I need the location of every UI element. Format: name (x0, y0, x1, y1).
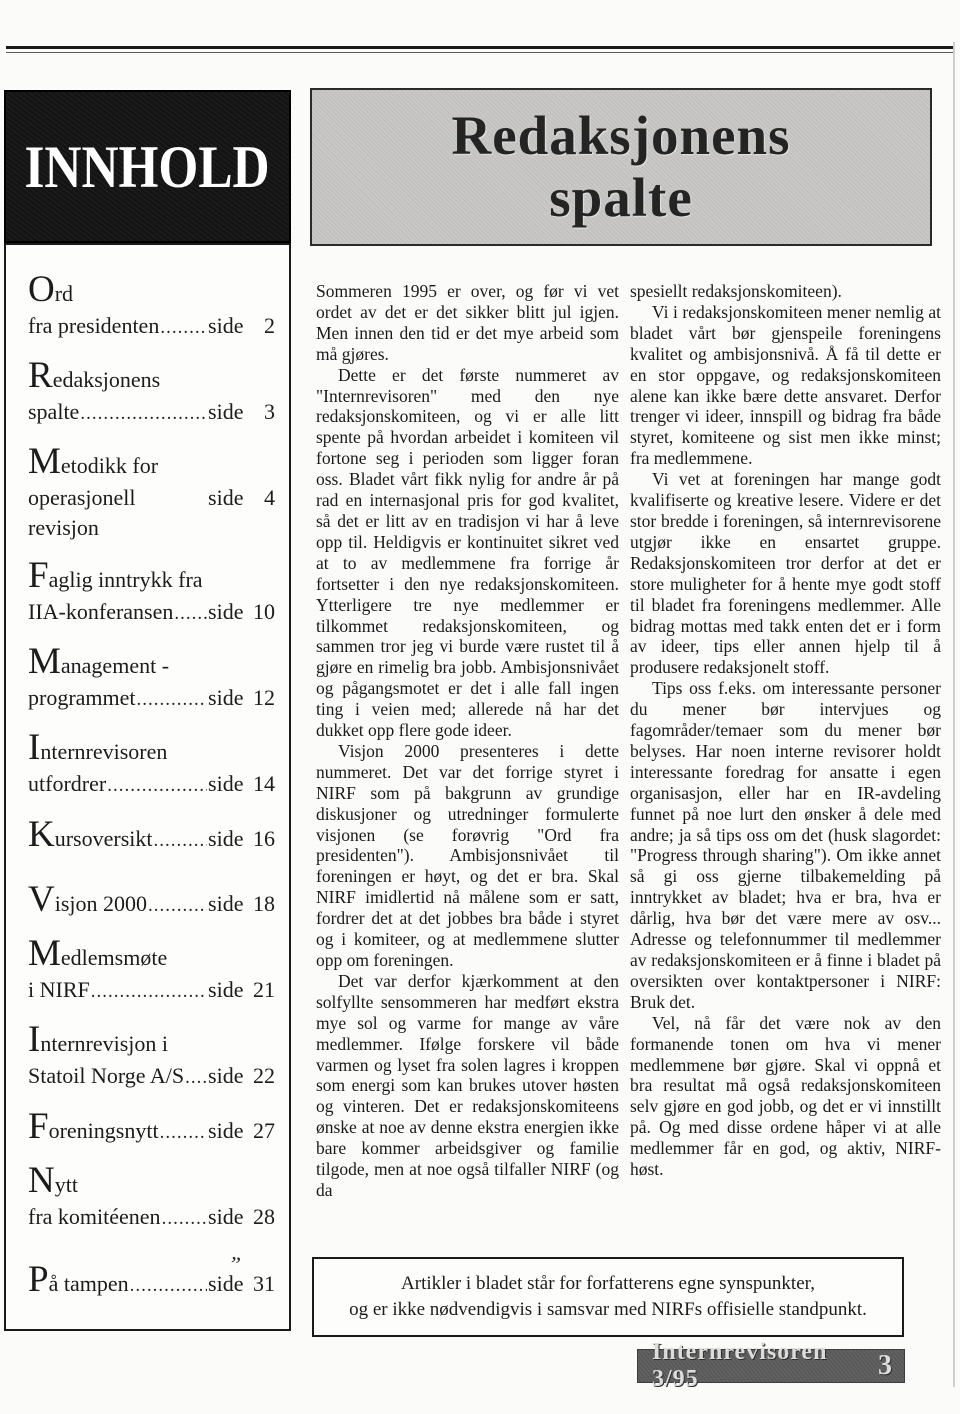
toc-side-label: side (208, 977, 249, 1002)
toc-entry-line1: Redaksjonens (28, 359, 275, 397)
toc-page-number: 21 (249, 975, 275, 1005)
toc-page-number: 14 (249, 769, 275, 799)
toc-page-number: 3 (249, 397, 275, 427)
toc-entry-text: edaksjonens (53, 367, 161, 392)
scan-edge-line (953, 42, 955, 1387)
toc-entry-initial: R (28, 355, 53, 396)
toc-entry: Metodikk foroperasjonell revisjon.......… (28, 445, 275, 543)
toc-entry-initial: V (28, 882, 55, 918)
toc-entry-initial: O (28, 269, 55, 310)
toc-entry-initial: M (28, 441, 61, 482)
toc-entry: Internrevisorenutfordrer................… (28, 731, 275, 801)
toc-page-ref: side 18 (208, 889, 275, 919)
toc-entry-text: utfordrer (28, 769, 106, 799)
toc-entry: Redaksjonensspalte .....................… (28, 359, 275, 429)
toc-entry-text: rd (55, 281, 73, 306)
toc-side-label: side (208, 891, 249, 916)
toc-entry-text: etodikk for (61, 453, 158, 478)
body-paragraph: Dette er det første nummeret av "Internr… (316, 365, 619, 741)
toc-dot-leader: ........................................… (162, 1204, 207, 1234)
toc-page-ref: side 28 (208, 1202, 275, 1232)
body-paragraph: Det var derfor kjærkomment at den solfyl… (316, 971, 619, 1201)
body-paragraph: Tips oss f.eks. om interessante personer… (630, 678, 941, 1013)
body-paragraph: Sommeren 1995 er over, og før vi vet ord… (316, 281, 619, 365)
toc-dot-leader: ........................................… (107, 771, 207, 801)
toc-side-label: side (208, 1063, 249, 1088)
disclaimer-line1: Artikler i bladet står for forfatterens … (401, 1271, 815, 1297)
toc-entry-initial: I (28, 727, 40, 768)
toc-page-number: 18 (249, 889, 275, 919)
issue-badge-page-number: 3 (878, 1350, 892, 1382)
toc-entry-line1: Internrevisoren (28, 731, 275, 769)
toc-page-ref: side 22 (208, 1061, 275, 1091)
toc-page-number: 4 (249, 483, 275, 513)
toc-dot-leader: ........................................… (160, 1118, 207, 1148)
toc-entry-row: programmet .............................… (28, 683, 275, 715)
toc-dot-leader: ........................................… (154, 826, 208, 856)
toc-entry-text: fra presidenten (28, 311, 159, 341)
toc-entry-initial: M (28, 641, 61, 682)
toc-side-label: side (208, 399, 249, 424)
toc-dot-leader: ........................................… (137, 685, 208, 715)
toc-entry: Nyttfra komitéenen......................… (28, 1164, 275, 1234)
issue-badge: Internrevisoren 3/95 3 (637, 1349, 905, 1383)
disclaimer-line2: og er ikke nødvendigvis i samsvar med NI… (349, 1297, 867, 1323)
toc-entry-row: Visjon 2000.............................… (28, 882, 275, 921)
toc-entry: Ordfra presidenten......................… (28, 273, 275, 343)
toc-entry-text: oreningsnytt (49, 1116, 159, 1146)
toc-entry-row: Foreningsnytt...........................… (28, 1109, 275, 1148)
toc-side-label: side (208, 771, 249, 796)
toc-entry-initial: M (28, 933, 61, 974)
toc-entry: Kursoversikt............................… (28, 817, 275, 856)
toc-page-ref: side 16 (208, 824, 275, 854)
toc-entry-line1: Metodikk for (28, 445, 275, 483)
toc-entry-line1: Faglig inntrykk fra (28, 559, 275, 597)
body-paragraph: Vi vet at foreningen har mange godt kval… (630, 469, 941, 678)
toc-entry-row: fra komitéenen..........................… (28, 1202, 275, 1234)
toc-entry: Faglig inntrykk fraIIA-konferansen......… (28, 559, 275, 629)
toc-page-ref: side 10 (208, 597, 275, 627)
toc-dot-leader: ........................................… (148, 891, 207, 921)
toc-entry: Foreningsnytt...........................… (28, 1109, 275, 1148)
toc-entry-text: fra komitéenen (28, 1202, 161, 1232)
body-paragraph: Vi i redaksjonskomiteen mener nemlig at … (630, 302, 941, 469)
toc-entry-row: spalte .................................… (28, 397, 275, 429)
toc-side-label: side (208, 485, 249, 510)
toc-side-label: side (208, 685, 249, 710)
toc-entry-text: ytt (55, 1172, 78, 1197)
body-paragraph: Vel, nå får det være nok av den formanen… (630, 1013, 941, 1180)
toc-entry-line1: Medlemsmøte (28, 937, 275, 975)
toc-entry-text: aglig inntrykk fra (49, 567, 203, 592)
toc-page-number: 16 (249, 824, 275, 854)
toc-entry-text: edlemsmøte (61, 945, 167, 970)
toc-entry-initial: P (28, 1262, 49, 1298)
toc-entry-text: nternrevisjon i (40, 1031, 168, 1056)
toc-side-label: side (208, 826, 249, 851)
toc-entry-row: utfordrer...............................… (28, 769, 275, 801)
toc-entry-line1: Management - (28, 645, 275, 683)
toc-dot-leader: ........................................… (160, 313, 207, 343)
toc-dot-leader: ........................................… (91, 977, 207, 1007)
issue-badge-title: Internrevisoren 3/95 (652, 1339, 878, 1393)
toc-entry-line1: Ord (28, 273, 275, 311)
disclaimer-box: Artikler i bladet står for forfatterens … (312, 1257, 904, 1337)
toc-entry-text: IIA-konferansen (28, 597, 173, 627)
toc-entry-row: i NIRF..................................… (28, 975, 275, 1007)
toc-entry-initial: I (28, 1019, 40, 1060)
toc-entry-row: operasjonell revisjon...................… (28, 483, 275, 543)
toc-entry-text: ursoversikt (55, 824, 153, 854)
toc-entry-row: IIA-konferansen.........................… (28, 597, 275, 629)
editorial-title-line1: Redaksjonens (451, 105, 790, 167)
toc-side-label: side (208, 599, 249, 624)
toc-entry-text: Statoil Norge A/S (28, 1061, 184, 1091)
toc-entry-initial: K (28, 817, 55, 853)
toc-page-ref: side 3 (208, 397, 275, 427)
toc-dot-leader: ........................................… (174, 599, 207, 629)
toc-dot-leader: ........................................… (80, 399, 207, 429)
toc-entry-initial: F (28, 1109, 49, 1145)
toc-dot-leader: ........................................… (130, 1271, 207, 1301)
contents-title: INNHOLD (25, 132, 270, 201)
toc-page-number: 10 (249, 597, 275, 627)
toc-page-ref: side 27 (208, 1116, 275, 1146)
toc-entry-text: nternrevisoren (40, 739, 167, 764)
toc-entry-text: i NIRF (28, 975, 90, 1005)
toc-page-number: 28 (249, 1202, 275, 1232)
toc-entry: Visjon 2000.............................… (28, 882, 275, 921)
body-paragraph: spesiellt redaksjonskomiteen). (630, 281, 941, 302)
toc-page-ref: side 21 (208, 975, 275, 1005)
toc-entry-row: Kursoversikt............................… (28, 817, 275, 856)
toc-dot-leader: ........................................… (185, 1063, 207, 1093)
toc-page-number: 12 (249, 683, 275, 713)
toc-entry-initial: F (28, 555, 49, 596)
toc-page-ref: side 2 (208, 311, 275, 341)
body-paragraph: Visjon 2000 presenteres i dette nummeret… (316, 741, 619, 971)
toc-entry-initial: N (28, 1160, 55, 1201)
toc-page-ref: side 12 (208, 683, 275, 713)
toc-entry-text: spalte (28, 397, 79, 427)
toc-page-number: 2 (249, 311, 275, 341)
toc-side-label: side (208, 1204, 249, 1229)
toc-page-number: 27 (249, 1116, 275, 1146)
top-rule (6, 46, 954, 53)
toc-entry: Management -programmet .................… (28, 645, 275, 715)
toc-entry-text: isjon 2000 (55, 889, 147, 919)
editorial-title-line2: spalte (549, 167, 693, 229)
toc-entry-text: anagement - (61, 653, 169, 678)
toc-entry-line1: Nytt (28, 1164, 275, 1202)
toc-entry-line1: Internrevisjon i (28, 1023, 275, 1061)
toc-entry-text: å tampen (49, 1269, 129, 1299)
toc-entry-text: programmet (28, 683, 136, 713)
contents-header-box: INNHOLD (4, 90, 291, 243)
editorial-title-box: Redaksjonens spalte (310, 88, 932, 246)
editorial-column-2: spesiellt redaksjonskomiteen).Vi i redak… (630, 281, 941, 1180)
toc-page-number: 22 (249, 1061, 275, 1091)
toc-side-label: side (208, 313, 249, 338)
toc-entry-text: operasjonell revisjon (28, 483, 206, 543)
toc-page-ref: side 4 (208, 483, 275, 513)
toc-list: Ordfra presidenten......................… (28, 273, 275, 1301)
editorial-column-1: Sommeren 1995 er over, og før vi vet ord… (316, 281, 619, 1201)
toc-entry: Internrevisjon iStatoil Norge A/S.......… (28, 1023, 275, 1093)
toc-side-label: side (208, 1118, 249, 1143)
toc-entry-row: fra presidenten.........................… (28, 311, 275, 343)
toc-entry: Medlemsmøtei NIRF.......................… (28, 937, 275, 1007)
toc-entry-row: Statoil Norge A/S.......................… (28, 1061, 275, 1093)
toc-page-ref: side 14 (208, 769, 275, 799)
table-of-contents: Ordfra presidenten......................… (4, 243, 291, 1331)
